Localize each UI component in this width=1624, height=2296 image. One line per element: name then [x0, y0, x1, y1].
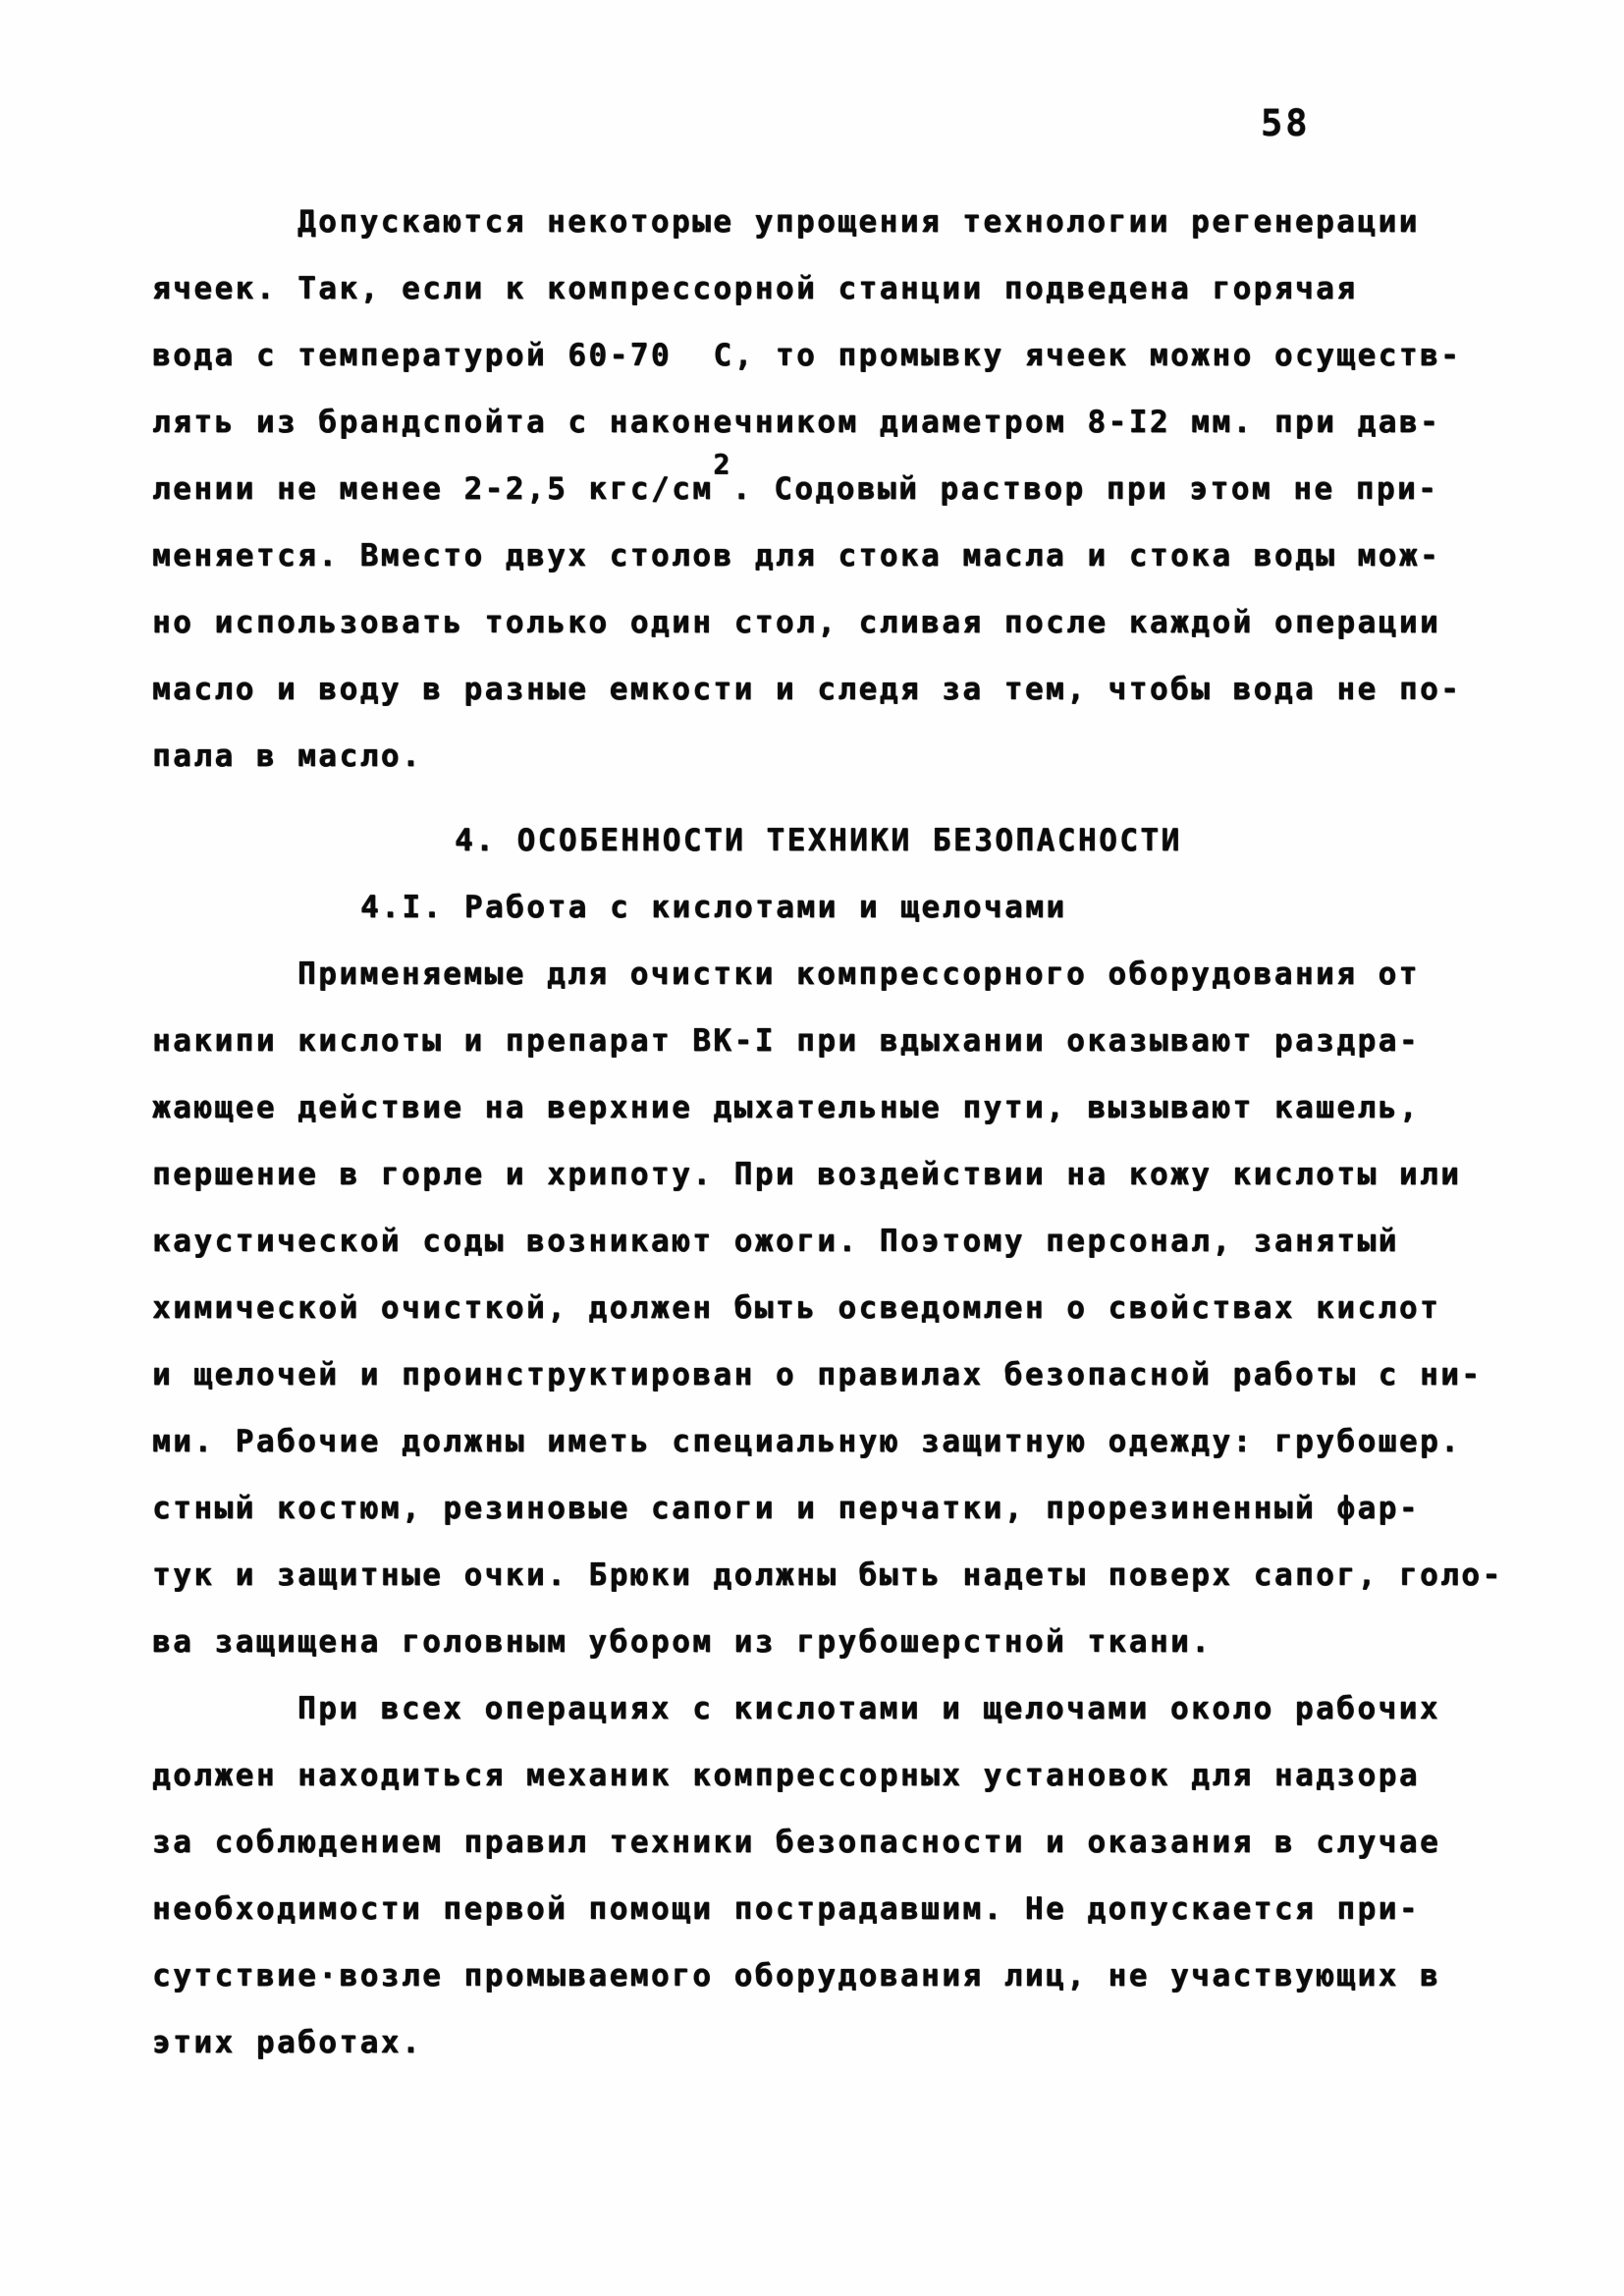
p3-line-3: за соблюдением правил техники безопаснос… [152, 1821, 1527, 1887]
p2-line-8: ми. Рабочие должны иметь специальную защ… [152, 1420, 1527, 1487]
p3-line-6: этих работах. [152, 2021, 1527, 2088]
p1-line-1: Допускаются некоторые упрощения технолог… [152, 200, 1527, 267]
p2-line-3: жающее действие на верхние дыхательные п… [152, 1086, 1527, 1153]
p3-line-2: должен находиться механик компрессорных … [152, 1754, 1527, 1821]
p1-line-5-post: . Содовый раствор при этом не при- [732, 471, 1439, 507]
p1-line-2: ячеек. Так, если к компрессорной станции… [152, 267, 1527, 334]
p2-line-11: ва защищена головным убором из грубошерс… [152, 1620, 1527, 1687]
p2-line-1: Применяемые для очистки компрессорного о… [152, 953, 1527, 1019]
p2-line-5: каустической соды возникают ожоги. Поэто… [152, 1220, 1527, 1286]
p1-line-3: вода с температурой 60-70 С, то промывку… [152, 334, 1527, 401]
p2-line-4: першение в горле и хрипоту. При воздейст… [152, 1153, 1527, 1220]
p1-line-9: пала в масло. [152, 735, 1527, 801]
page-number: 58 [1261, 102, 1311, 144]
section-heading: 4. ОСОБЕННОСТИ ТЕХНИКИ БЕЗОПАСНОСТИ [152, 819, 1527, 886]
p1-line-6: меняется. Вместо двух столов для стока м… [152, 534, 1527, 601]
p2-line-9: стный костюм, резиновые сапоги и перчатк… [152, 1487, 1527, 1554]
p1-line-4: лять из брандспойта с наконечником диаме… [152, 401, 1527, 467]
document-page: 58 Допускаются некоторые упрощения техно… [0, 0, 1624, 2296]
p1-line-8: масло и воду в разные емкости и следя за… [152, 668, 1527, 735]
p3-line-5: сутствие·возле промываемого оборудования… [152, 1954, 1527, 2021]
p2-line-10: тук и защитные очки. Брюки должны быть н… [152, 1554, 1527, 1620]
text-block: Допускаются некоторые упрощения технолог… [152, 200, 1527, 2088]
p1-line-5-pre: лении не менее 2-2,5 кгс/см [152, 471, 713, 507]
p1-line-7: но использовать только один стол, сливая… [152, 601, 1527, 668]
p3-line-4: необходимости первой помощи пострадавшим… [152, 1887, 1527, 1954]
superscript-2: 2 [713, 443, 731, 486]
p2-line-6: химической очисткой, должен быть осведом… [152, 1286, 1527, 1353]
p3-line-1: При всех операциях с кислотами и щелочам… [152, 1687, 1527, 1754]
p2-line-2: накипи кислоты и препарат ВК-I при вдыха… [152, 1019, 1527, 1086]
section-subheading: 4.I. Работа с кислотами и щелочами [152, 886, 1527, 953]
p2-line-7: и щелочей и проинструктирован о правилах… [152, 1353, 1527, 1420]
p1-line-5: лении не менее 2-2,5 кгс/см2. Содовый ра… [152, 467, 1527, 534]
